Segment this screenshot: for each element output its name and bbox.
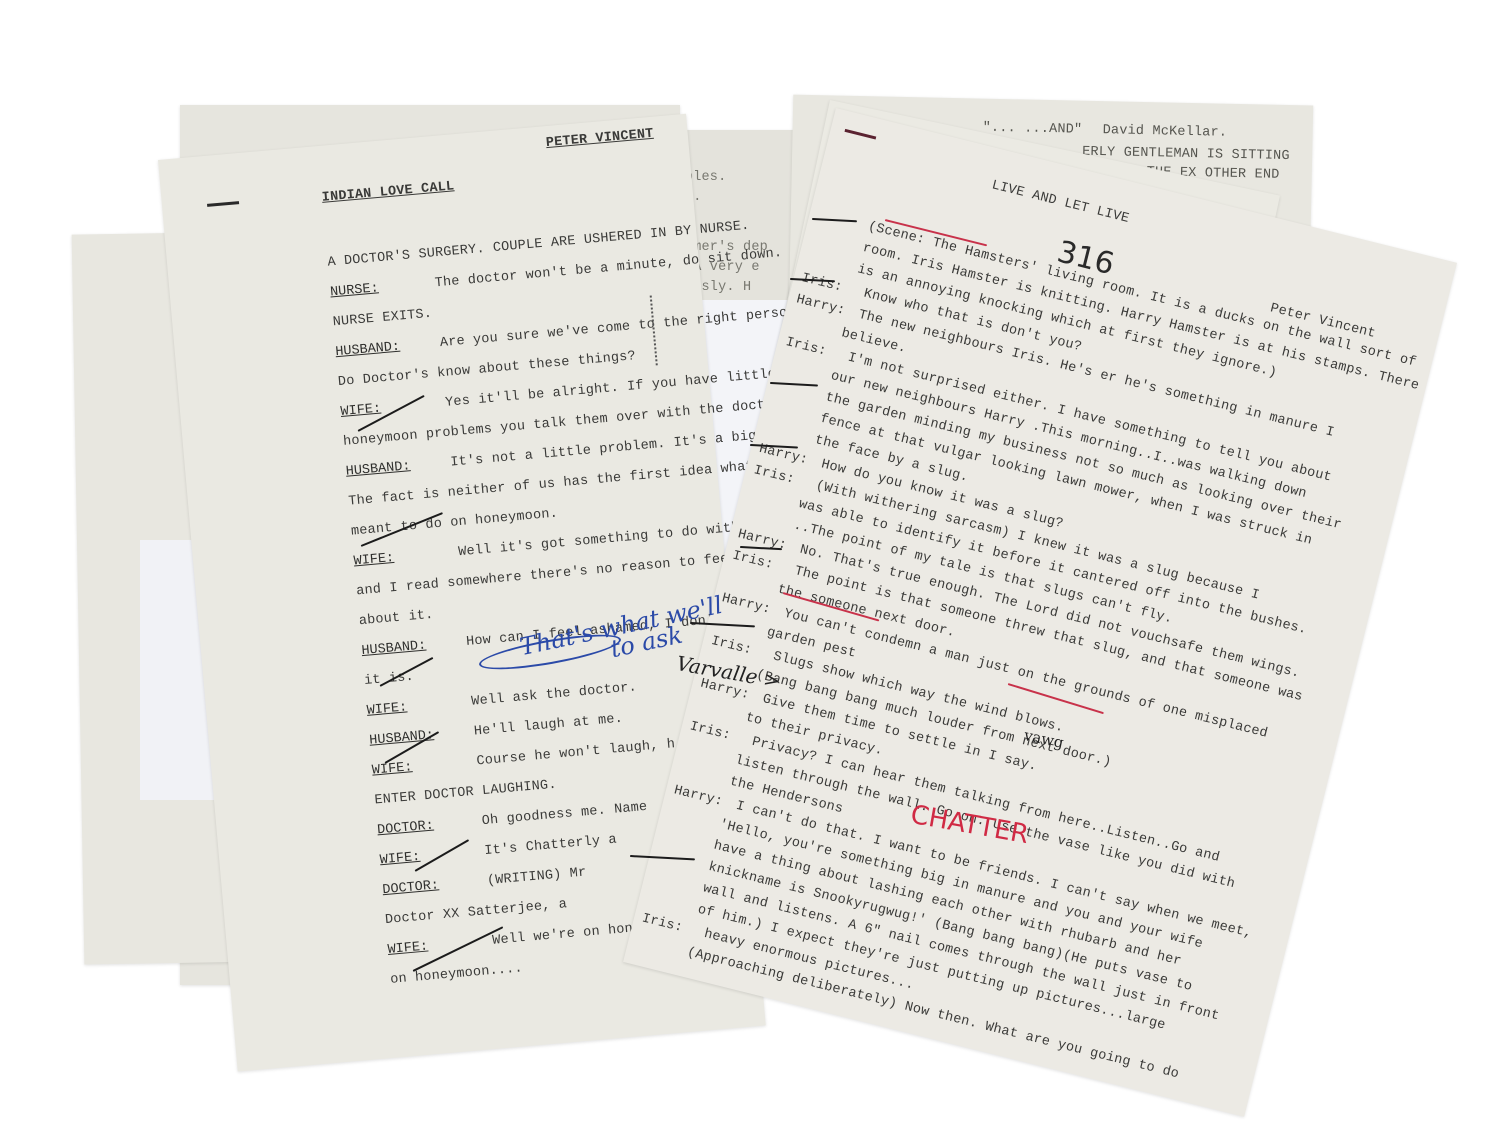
speaker-label: Iris: — [784, 335, 828, 360]
speaker-label: DOCTOR: — [377, 819, 435, 839]
speaker-label: Harry: — [720, 591, 772, 618]
left-title: INDIAN LOVE CALL — [321, 179, 455, 206]
margin-dash — [207, 201, 239, 207]
script-line: meant to do on honeymoon. — [351, 507, 559, 540]
script-line: (WRITING) Mr — [486, 865, 587, 889]
margin-dash-right — [845, 129, 877, 140]
speaker-label: Iris: — [709, 634, 753, 659]
speaker-label: DOCTOR: — [382, 878, 440, 898]
right-title: LIVE AND LET LIVE — [990, 178, 1131, 227]
speaker-label: Iris: — [800, 271, 844, 296]
speaker-label: WIFE: — [387, 939, 429, 957]
speaker-label: HUSBAND: — [335, 340, 401, 361]
script-line: Well ask the doctor. — [471, 680, 638, 709]
script-line: Course he won't laugh, h — [476, 737, 676, 769]
script-line: on honeymoon.... — [390, 961, 524, 988]
speaker-label: NURSE: — [330, 281, 380, 300]
script-line: ENTER DOCTOR LAUGHING. — [374, 778, 557, 809]
script-line: He'll laugh at me. — [473, 712, 623, 740]
speaker-label: WIFE: — [379, 850, 421, 868]
speaker-label: HUSBAND: — [345, 459, 411, 480]
speaker-label: HUSBAND: — [361, 639, 427, 660]
script-line: about it. — [358, 608, 434, 629]
script-line: It's Chatterly a — [484, 833, 618, 860]
speaker-label: WIFE: — [353, 551, 395, 569]
mckellar-author: David McKellar. — [1102, 123, 1227, 141]
script-line: Doctor XX Satterjee, a — [385, 897, 568, 928]
speaker-label: Harry: — [672, 783, 724, 810]
script-line: Oh goodness me. Name — [481, 800, 648, 829]
speaker-label: Iris: — [640, 911, 684, 936]
speaker-label: Iris: — [731, 549, 775, 574]
speaker-label: Iris: — [752, 463, 796, 488]
script-line: NURSE EXITS. — [332, 307, 433, 331]
speaker-label: Iris: — [688, 719, 732, 744]
speaker-label: WIFE: — [366, 700, 408, 718]
speaker-label: Harry: — [795, 292, 847, 319]
speaker-label: WIFE: — [340, 402, 382, 420]
left-author: PETER VINCENT — [545, 127, 654, 151]
speaker-label: WIFE: — [371, 760, 413, 778]
